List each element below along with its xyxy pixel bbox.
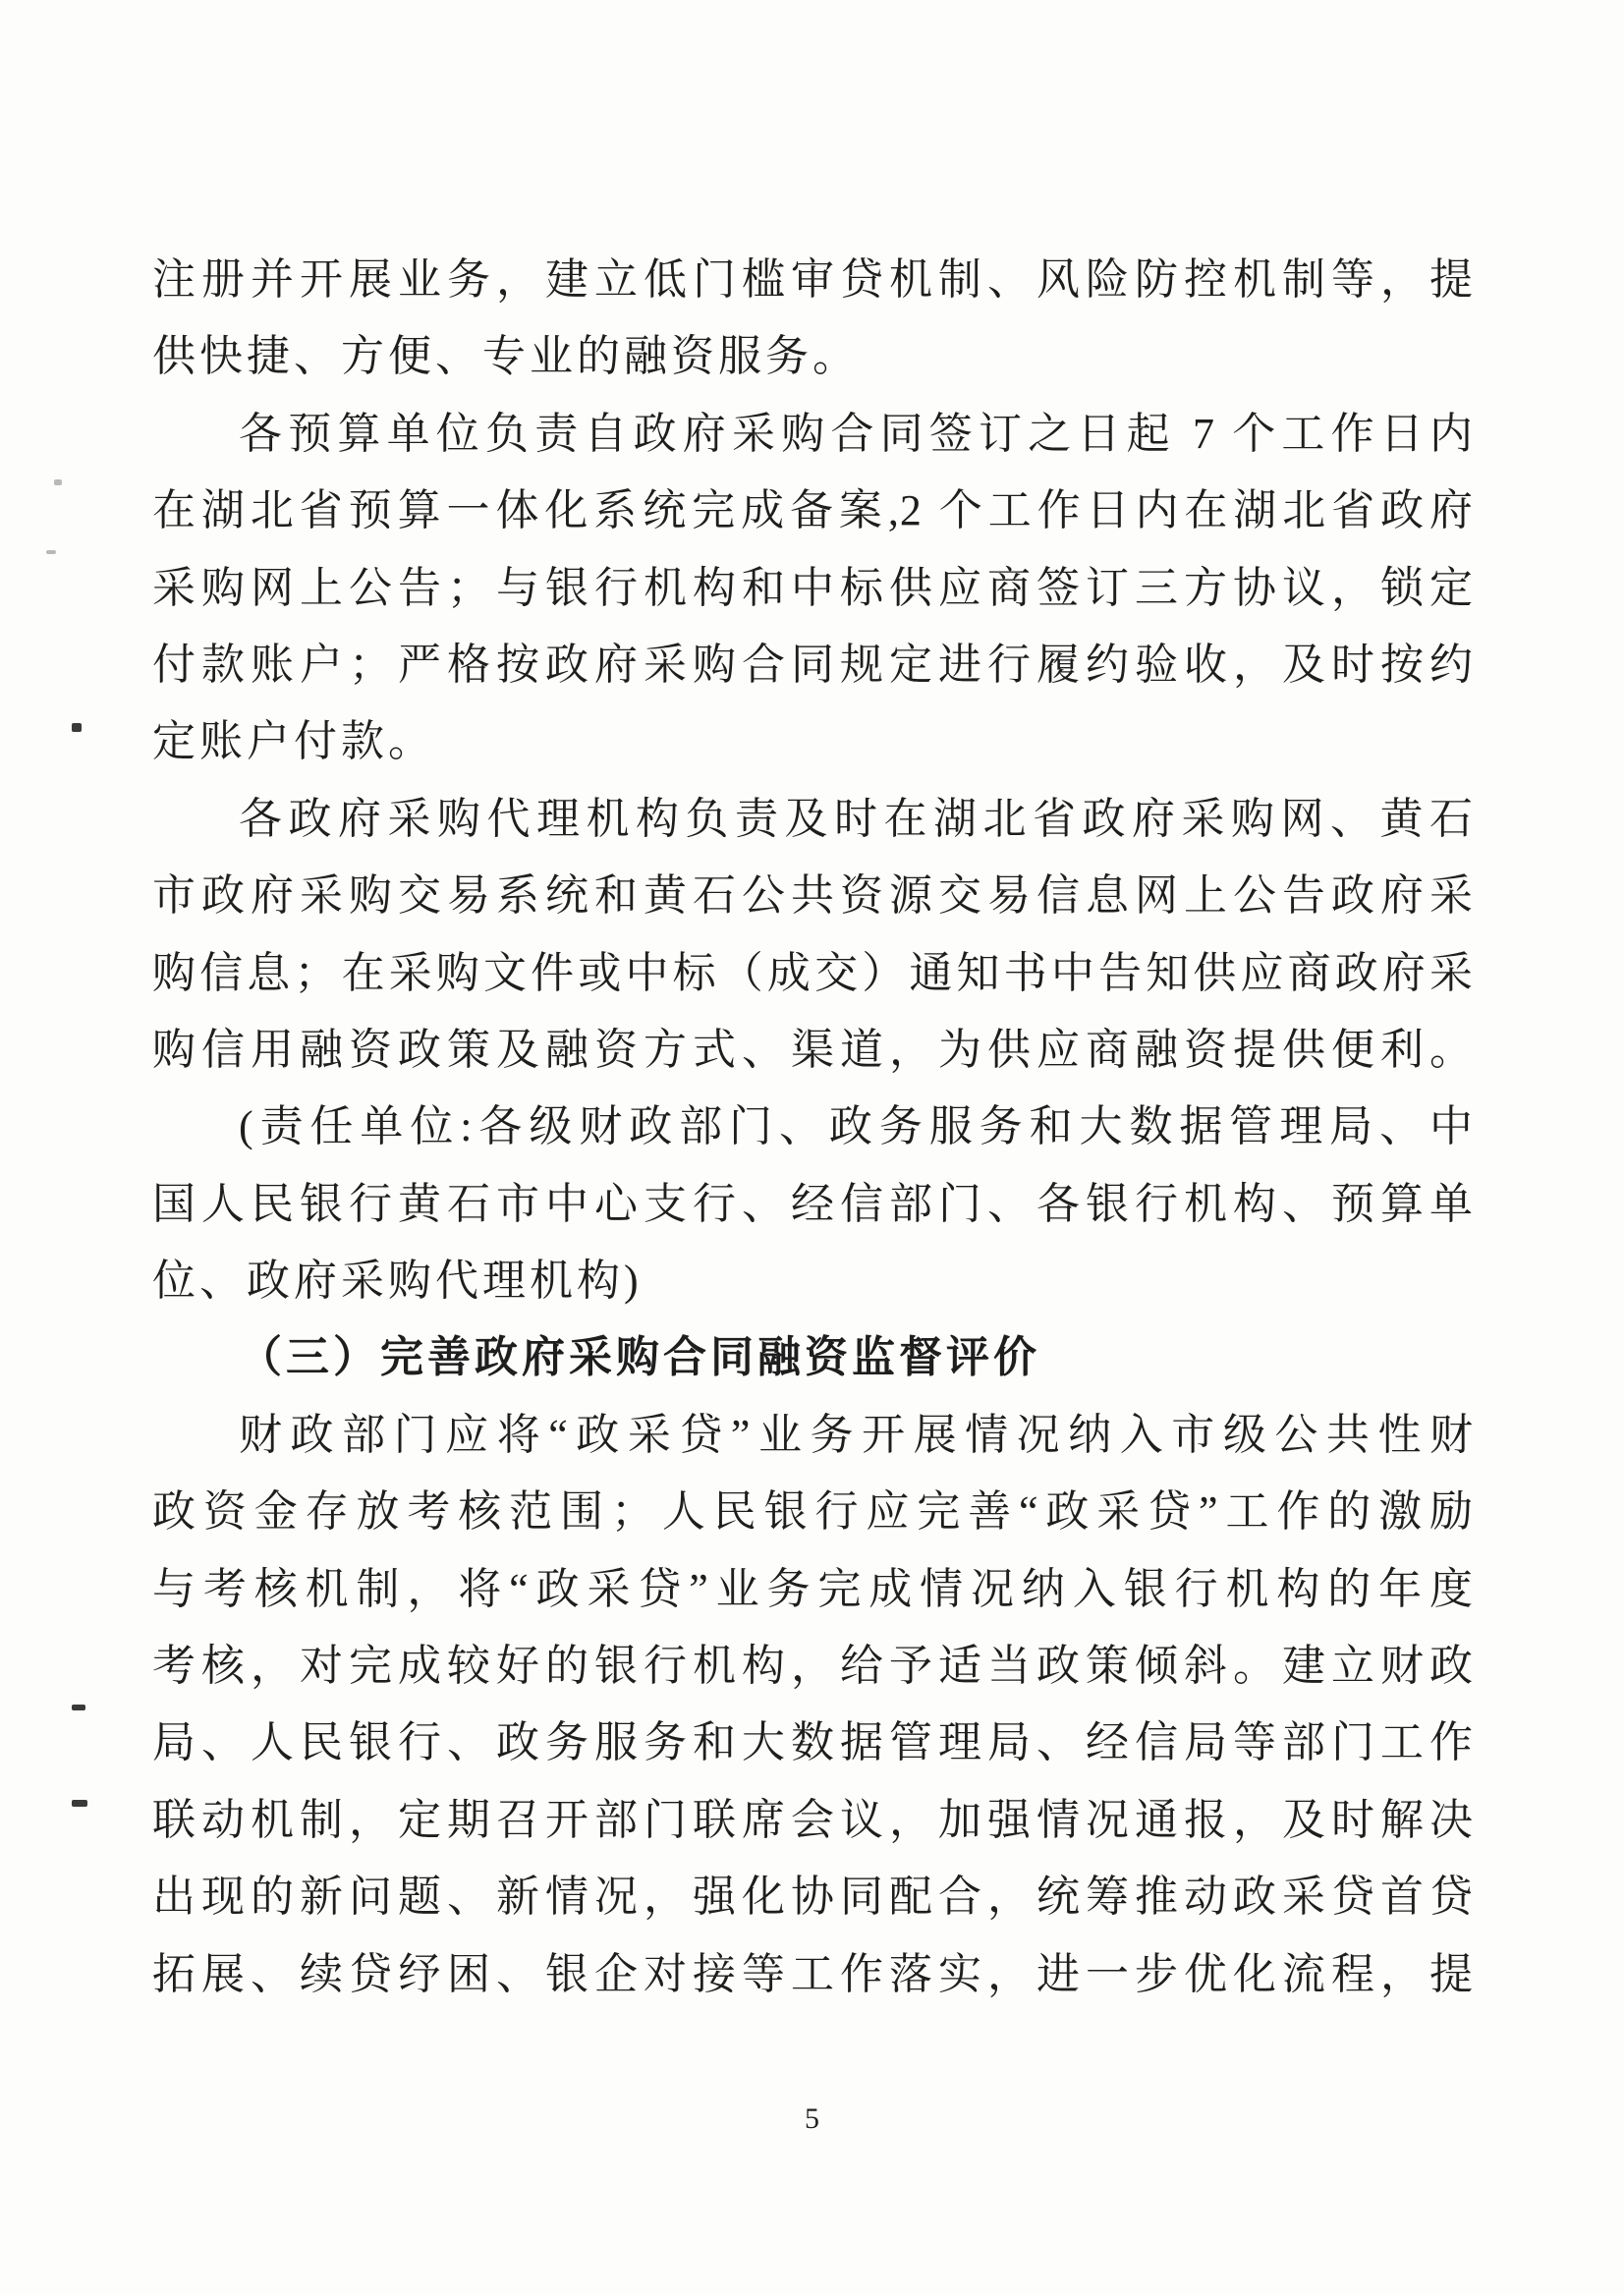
document-line: 各政府采购代理机构负责及时在湖北省政府采购网、黄石 bbox=[152, 781, 1474, 858]
document-line: 拓展、续贷纾困、银企对接等工作落实，进一步优化流程，提 bbox=[152, 1936, 1474, 2013]
scan-artifact bbox=[46, 550, 56, 554]
document-line: 考核，对完成较好的银行机构，给予适当政策倾斜。建立财政 bbox=[152, 1628, 1474, 1705]
section-heading: （三）完善政府采购合同融资监督评价 bbox=[152, 1319, 1474, 1396]
document-line: 购信息；在采购文件或中标（成交）通知书中告知供应商政府采 bbox=[152, 935, 1474, 1012]
page-number: 5 bbox=[0, 2102, 1624, 2136]
document-line: 付款账户；严格按政府采购合同规定进行履约验收，及时按约 bbox=[152, 627, 1474, 703]
document-line: 采购网上公告；与银行机构和中标供应商签订三方协议，锁定 bbox=[152, 550, 1474, 627]
document-line: 购信用融资政策及融资方式、渠道，为供应商融资提供便利。 bbox=[152, 1012, 1474, 1089]
scan-artifact bbox=[54, 479, 62, 485]
scan-artifact bbox=[72, 1705, 85, 1710]
document-page: 注册并开展业务，建立低门槛审贷机制、风险防控机制等，提 供快捷、方便、专业的融资… bbox=[0, 0, 1624, 2295]
document-line: 财政部门应将“政采贷”业务开展情况纳入市级公共性财 bbox=[152, 1397, 1474, 1474]
document-line: 出现的新问题、新情况，强化协同配合，统筹推动政采贷首贷 bbox=[152, 1859, 1474, 1935]
document-line: 国人民银行黄石市中心支行、经信部门、各银行机构、预算单 bbox=[152, 1166, 1474, 1243]
document-line: 注册并开展业务，建立低门槛审贷机制、风险防控机制等，提 bbox=[152, 242, 1474, 318]
document-line: 各预算单位负责自政府采购合同签订之日起 7 个工作日内 bbox=[152, 396, 1474, 473]
document-line: 市政府采购交易系统和黄石公共资源交易信息网上公告政府采 bbox=[152, 858, 1474, 934]
document-line: 与考核机制，将“政采贷”业务完成情况纳入银行机构的年度 bbox=[152, 1551, 1474, 1628]
document-line: 位、政府采购代理机构) bbox=[152, 1243, 1474, 1319]
document-line: (责任单位:各级财政部门、政务服务和大数据管理局、中 bbox=[152, 1089, 1474, 1165]
document-line: 在湖北省预算一体化系统完成备案,2 个工作日内在湖北省政府 bbox=[152, 473, 1474, 549]
document-line: 政资金存放考核范围；人民银行应完善“政采贷”工作的激励 bbox=[152, 1474, 1474, 1550]
scan-artifact bbox=[72, 723, 82, 732]
document-line: 定账户付款。 bbox=[152, 703, 1474, 780]
document-line: 供快捷、方便、专业的融资服务。 bbox=[152, 318, 1474, 395]
scan-artifact bbox=[72, 1800, 87, 1807]
document-line: 局、人民银行、政务服务和大数据管理局、经信局等部门工作 bbox=[152, 1705, 1474, 1781]
document-body: 注册并开展业务，建立低门槛审贷机制、风险防控机制等，提 供快捷、方便、专业的融资… bbox=[152, 242, 1474, 2013]
document-line: 联动机制，定期召开部门联席会议，加强情况通报，及时解决 bbox=[152, 1782, 1474, 1859]
